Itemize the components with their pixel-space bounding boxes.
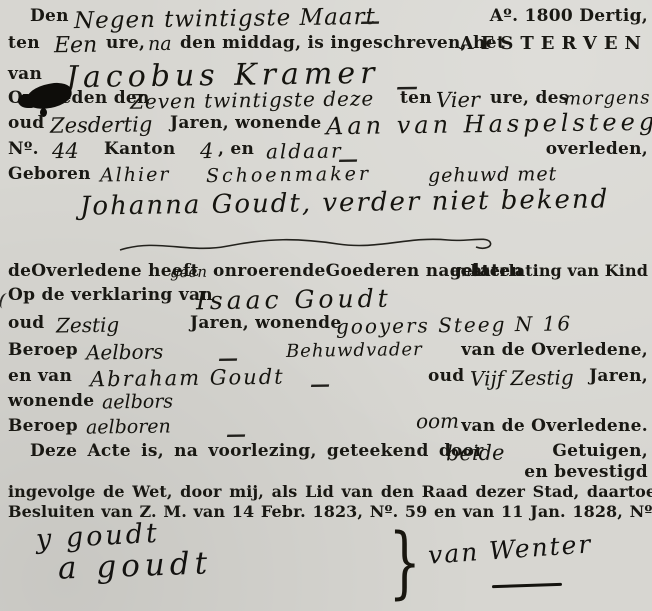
printed-estate-c: achterlating van Kind	[450, 261, 648, 280]
hw-date-dash: —	[360, 9, 380, 33]
hw-occupation: Schoenmaker	[206, 163, 371, 187]
printed-en: , en	[218, 139, 254, 159]
hw-time-of-day: morgens	[564, 87, 651, 109]
hw-witness2-name: Abraham Goudt	[90, 365, 285, 392]
printed-jaren-wonende-2: Jaren, wonende	[190, 313, 341, 333]
printed-ten: ten	[8, 33, 40, 53]
printed-besluiten: Besluiten van Z. M. van 14 Febr. 1823, N…	[8, 502, 652, 521]
line-witness2-beroep: Beroep aelboren — oom van de Overledene.	[8, 416, 648, 442]
printed-oud-2: oud	[8, 313, 45, 333]
line-deceased-name: van Jacobus Kramer —	[8, 58, 648, 90]
line-estate: deOverledene heeft geen onroerendeGoeder…	[8, 261, 648, 287]
printed-jaren: Jaren,	[589, 366, 648, 386]
signature-van-wenter: van Wenter	[427, 529, 593, 569]
printed-van: van	[8, 64, 42, 84]
signature-brace: }	[389, 518, 421, 608]
printed-year: Aº. 1800 Dertig,	[490, 6, 648, 26]
printed-ingeschreven: den middag, is ingeschreven, het	[180, 33, 505, 53]
line-witness2-wonende: wonende aelbors	[8, 391, 648, 417]
hw-hour: Een	[54, 33, 98, 59]
printed-beroep: Beroep	[8, 340, 78, 360]
ink-blot-small	[18, 94, 38, 108]
line-age-residence: oud Zesdertig Jaren, wonende Aan van Has…	[8, 113, 648, 139]
printed-afsterven: AFSTERVEN	[460, 33, 648, 54]
printed-deze-acte: Deze Acte is, na voorlezing, geteekend d…	[30, 441, 484, 461]
line-witness1-beroep: Beroep Aelbors — Behuwdvader van de Over…	[8, 340, 648, 366]
printed-en-van: en van	[8, 366, 72, 386]
fill-flourish-line	[118, 228, 498, 258]
hw-house-number: 44	[52, 139, 79, 163]
printed-no: Nº.	[8, 139, 39, 159]
line-witness1-age: oud Zestig Jaren, wonende gooyers Steeg …	[8, 313, 648, 339]
hw-aldaar: aldaar	[266, 138, 343, 163]
hw-address: Aan van Haspelsteeg	[326, 108, 652, 141]
printed-en-bevestigd: en bevestigd	[524, 462, 648, 482]
printed-ure: ure,	[106, 33, 145, 53]
hw-witness2-relation: oom	[416, 409, 459, 434]
hw-geen: geen	[170, 263, 207, 282]
hw-birth-place: Alhier	[100, 164, 171, 187]
line-header: Den Negen twintigste Maart — Aº. 1800 De…	[8, 6, 648, 32]
hw-na: na	[148, 33, 172, 55]
printed-den: Den	[30, 6, 69, 26]
signature-underline-flourish	[492, 583, 562, 588]
printed-overleden-2: overleden,	[546, 139, 648, 159]
hw-gehuwd-met: gehuwd met	[428, 163, 558, 187]
hw-witness2-age: Vijf Zestig	[470, 365, 574, 390]
printed-beroep-2: Beroep	[8, 416, 78, 436]
hw-witness2-beroep: aelboren	[86, 415, 171, 438]
printed-wonende: wonende	[8, 391, 94, 411]
line-spouse: Johanna Goudt, verder niet bekend	[8, 188, 648, 222]
printed-kanton: Kanton	[104, 139, 176, 159]
hw-kanton-number: 4	[200, 139, 214, 163]
printed-ten-2: ten	[400, 88, 432, 108]
hw-spouse-name: Johanna Goudt, verder niet bekend	[80, 184, 610, 221]
printed-getuigen: Getuigen,	[552, 441, 648, 461]
death-certificate-scan: Den Negen twintigste Maart — Aº. 1800 De…	[0, 0, 652, 611]
hw-witness1-age: Zestig	[56, 313, 120, 338]
printed-geboren: Geboren	[8, 164, 91, 184]
line-registration: ten Een ure, na den middag, is ingeschre…	[8, 33, 648, 59]
line-witness2: en van Abraham Goudt — oud Vijf Zestig J…	[8, 366, 648, 392]
hw-age: Zesdertig	[50, 112, 153, 137]
line-declaration: Op de verklaring van Isaac Goudt	[8, 285, 648, 315]
printed-ingevolge-wet: ingevolge de Wet, door mij, als Lid van …	[8, 482, 652, 501]
printed-oud-3: oud	[428, 366, 465, 386]
hw-death-day: Zeven twintigste deze	[130, 86, 375, 113]
printed-oud: oud	[8, 113, 45, 133]
printed-verklaring: Op de verklaring van	[8, 285, 213, 305]
line-house-number: Nº. 44 Kanton 4 , en aldaar — overleden,	[8, 139, 648, 165]
printed-ure-des: ure, des	[490, 88, 569, 108]
signature-a-goudt: a goudt	[57, 545, 212, 586]
hw-declarant-name: Isaac Goudt	[196, 284, 392, 316]
hw-witness2-residence: aelbors	[102, 391, 173, 414]
printed-van-overledene: van de Overledene,	[461, 340, 648, 360]
printed-jaren-wonende: Jaren, wonende	[170, 113, 321, 133]
hw-witness1-address: gooyers Steeg N 16	[336, 311, 572, 338]
printed-van-overledene-2: van de Overledene.	[461, 416, 648, 436]
hw-date: Negen twintigste Maart	[74, 4, 376, 34]
hw-death-hour: Vier	[436, 88, 480, 113]
hw-witness1-relation: Behuwdvader	[286, 339, 423, 362]
hw-witness1-beroep: Aelbors	[86, 339, 164, 364]
